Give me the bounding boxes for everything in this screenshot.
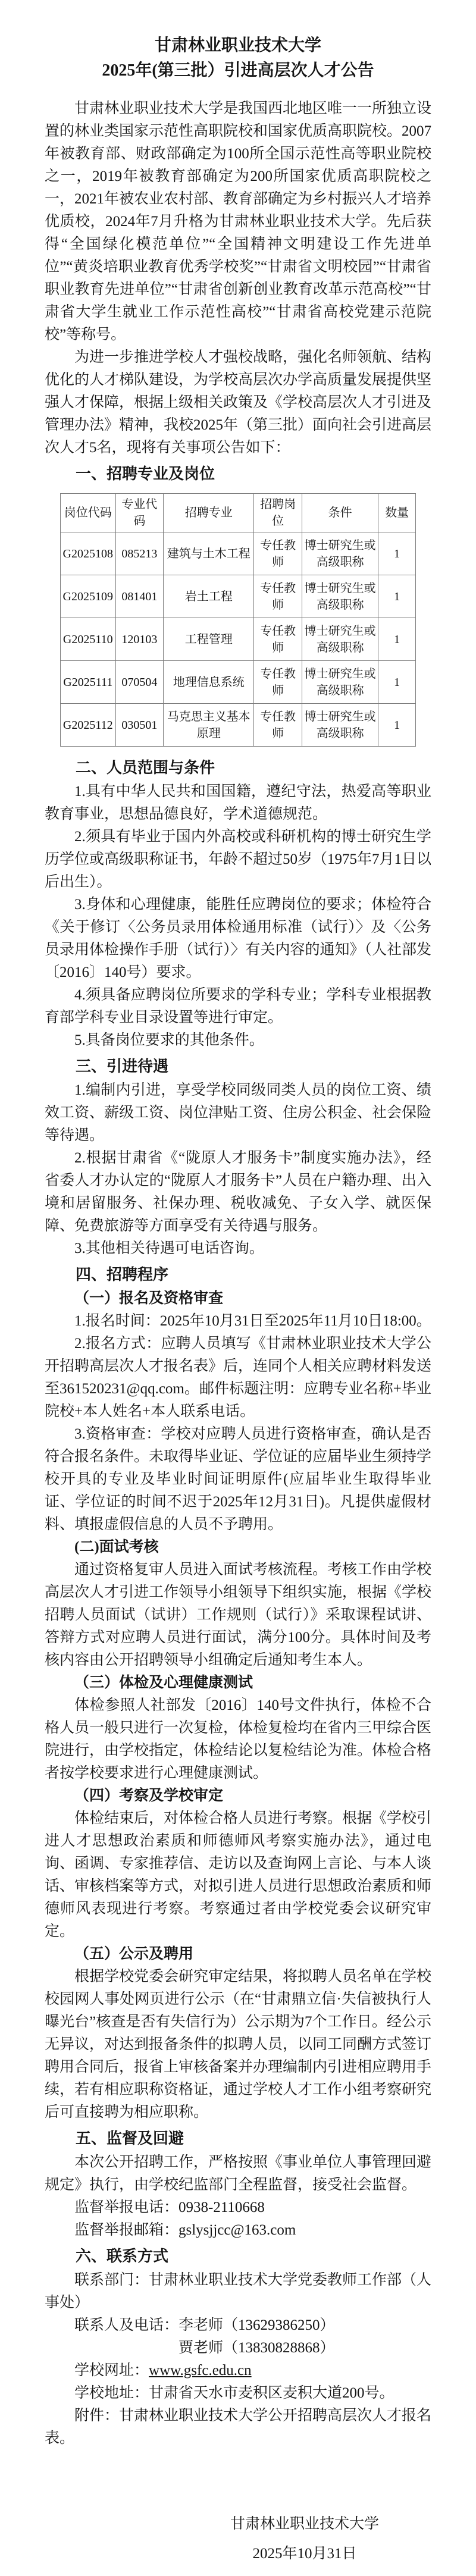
section1-heading: 一、招聘专业及岗位 bbox=[45, 462, 431, 485]
section4-sub1-item-3: 3.资格审查：学校对应聘人员进行资格审查，确认是否符合报名条件。未取得毕业证、学… bbox=[45, 1423, 431, 1536]
table-row: G2025111 070504 地理信息系统 专任教师 博士研究生或高级职称 1 bbox=[61, 661, 416, 704]
section4-sub2-paragraph: 通过资格复审人员进入面试考核流程。考核工作由学校高层次人才引进工作领导小组领导下… bbox=[45, 1559, 431, 1672]
section3-item-3: 3.其他相关待遇可电话咨询。 bbox=[45, 1237, 431, 1260]
section2-heading: 二、人员范围与条件 bbox=[45, 756, 431, 779]
school-website-link[interactable]: www.gsfc.edu.cn bbox=[149, 2362, 252, 2378]
table-cell: 博士研究生或高级职称 bbox=[302, 532, 378, 575]
signature-organization: 甘肃林业职业技术大学 bbox=[230, 2509, 379, 2539]
section2-item-1: 1.具有中华人民共和国国籍，遵纪守法，热爱高等职业教育事业，思想品德良好，学术道… bbox=[45, 781, 431, 826]
table-cell: 1 bbox=[378, 575, 416, 618]
table-cell: 1 bbox=[378, 704, 416, 747]
table-cell: 专任教师 bbox=[254, 704, 302, 747]
table-cell: G2025111 bbox=[61, 661, 116, 704]
section4-sub3-paragraph: 体检参照人社部发〔2016〕140号文件执行，体检不合格人员一般只进行一次复检，… bbox=[45, 1694, 431, 1785]
section4-sub1-title: （一）报名及资格审查 bbox=[45, 1287, 431, 1310]
table-cell: 081401 bbox=[115, 575, 164, 618]
table-row: G2025112 030501 马克思主义基本原理 专任教师 博士研究生或高级职… bbox=[61, 704, 416, 747]
header-recruit-position: 招聘岗位 bbox=[254, 494, 302, 532]
section2-item-3: 3.身体和心理健康，能胜任应聘岗位的要求；体检符合《关于修订〈公务员录用体检通用… bbox=[45, 894, 431, 984]
table-cell: 建筑与土木工程 bbox=[164, 532, 254, 575]
title-line-2: 2025年(第三批）引进高层次人才公告 bbox=[45, 58, 431, 83]
header-quantity: 数量 bbox=[378, 494, 416, 532]
section2-item-4: 4.须具备应聘岗位所要求的学科专业；学科专业根据教育部学科专业目录设置等进行审定… bbox=[45, 984, 431, 1029]
header-recruit-major: 招聘专业 bbox=[164, 494, 254, 532]
section4-heading: 四、招聘程序 bbox=[45, 1263, 431, 1286]
table-cell: 岩土工程 bbox=[164, 575, 254, 618]
section5-paragraph: 本次公开招聘工作，严格按照《事业单位人事管理回避规定》执行，由学校纪监部门全程监… bbox=[45, 2151, 431, 2196]
table-cell: 070504 bbox=[115, 661, 164, 704]
title-line-1: 甘肃林业职业技术大学 bbox=[45, 33, 431, 58]
section3-heading: 三、引进待遇 bbox=[45, 1055, 431, 1077]
section4-sub5-title: （五）公示及聘用 bbox=[45, 1943, 431, 1966]
address-line: 学校地址：甘肃省天水市麦积区麦积大道200号。 bbox=[45, 2382, 431, 2405]
attachment-line: 附件：甘肃林业职业技术大学公开招聘高层次人才报名表。 bbox=[45, 2405, 431, 2450]
section2-item-2: 2.须具有毕业于国内外高校或科研机构的博士研究生学历学位或高级职称证书，年龄不超… bbox=[45, 826, 431, 894]
section2-item-5: 5.具备岗位要求的其他条件。 bbox=[45, 1029, 431, 1052]
table-cell: 120103 bbox=[115, 618, 164, 661]
section4-sub4-paragraph: 体检结束后，对体检合格人员进行考察。根据《学校引进人才思想政治素质和师德师风考察… bbox=[45, 1807, 431, 1943]
table-cell: 工程管理 bbox=[164, 618, 254, 661]
section4-sub1-item-1: 1.报名时间：2025年10月31日至2025年11月10日18:00。 bbox=[45, 1310, 431, 1333]
table-cell: G2025110 bbox=[61, 618, 116, 661]
table-cell: 1 bbox=[378, 618, 416, 661]
table-cell: G2025112 bbox=[61, 704, 116, 747]
table-row: G2025110 120103 工程管理 专任教师 博士研究生或高级职称 1 bbox=[61, 618, 416, 661]
table-cell: 085213 bbox=[115, 532, 164, 575]
section4-sub3-title: （三）体检及心理健康测试 bbox=[45, 1672, 431, 1694]
table-cell: 专任教师 bbox=[254, 532, 302, 575]
intro-paragraph-1: 甘肃林业职业技术大学是我国西北地区唯一一所独立设置的林业类国家示范性高职院校和国… bbox=[45, 98, 431, 346]
header-position-code: 岗位代码 bbox=[61, 494, 116, 532]
section4-sub2-title: (二)面试考核 bbox=[45, 1536, 431, 1559]
section5-heading: 五、监督及回避 bbox=[45, 2127, 431, 2149]
section4-sub1-item-2: 2.报名方式：应聘人员填写《甘肃林业职业技术大学公开招聘高层次人才报名表》后，连… bbox=[45, 1333, 431, 1423]
signature-date: 2025年10月31日 bbox=[230, 2539, 379, 2569]
table-cell: 专任教师 bbox=[254, 661, 302, 704]
header-condition: 条件 bbox=[302, 494, 378, 532]
document-title: 甘肃林业职业技术大学 2025年(第三批）引进高层次人才公告 bbox=[45, 33, 431, 83]
table-cell: G2025108 bbox=[61, 532, 116, 575]
table-cell: 博士研究生或高级职称 bbox=[302, 618, 378, 661]
website-line: 学校网址：www.gsfc.edu.cn bbox=[45, 2359, 431, 2382]
table-cell: 专任教师 bbox=[254, 575, 302, 618]
table-cell: 马克思主义基本原理 bbox=[164, 704, 254, 747]
table-cell: 1 bbox=[378, 661, 416, 704]
contact-department-line: 联系部门：甘肃林业职业技术大学党委教师工作部（人事处） bbox=[45, 2269, 431, 2314]
table-cell: 030501 bbox=[115, 704, 164, 747]
section4-sub4-title: （四）考察及学校审定 bbox=[45, 1785, 431, 1807]
contact-person-line-2: 贾老师（13830828868） bbox=[45, 2337, 431, 2359]
signature-block: 甘肃林业职业技术大学 2025年10月31日 bbox=[45, 2509, 431, 2569]
table-cell: 1 bbox=[378, 532, 416, 575]
table-cell: 博士研究生或高级职称 bbox=[302, 575, 378, 618]
contact-person-line-1: 联系人及电话：李老师（13629386250） bbox=[45, 2314, 431, 2337]
section3-item-2: 2.根据甘肃省《“陇原人才服务卡”制度实施办法》，经省委人才办认定的“陇原人才服… bbox=[45, 1147, 431, 1237]
section4-sub5-paragraph: 根据学校党委会研究审定结果，将拟聘人员名单在学校校园网人事处网页进行公示（在“甘… bbox=[45, 1966, 431, 2124]
report-email-line: 监督举报邮箱：gslysjjcc@163.com bbox=[45, 2219, 431, 2242]
table-cell: 博士研究生或高级职称 bbox=[302, 704, 378, 747]
announcement-document: 甘肃林业职业技术大学 2025年(第三批）引进高层次人才公告 甘肃林业职业技术大… bbox=[0, 0, 476, 2576]
table-header-row: 岗位代码 专业代码 招聘专业 招聘岗位 条件 数量 bbox=[61, 494, 416, 532]
report-phone-line: 监督举报电话：0938-2110668 bbox=[45, 2196, 431, 2219]
table-row: G2025108 085213 建筑与土木工程 专任教师 博士研究生或高级职称 … bbox=[61, 532, 416, 575]
section3-item-1: 1.编制内引进，享受学校同级同类人员的岗位工资、绩效工资、薪级工资、岗位津贴工资… bbox=[45, 1079, 431, 1147]
table-cell: 博士研究生或高级职称 bbox=[302, 661, 378, 704]
table-row: G2025109 081401 岩土工程 专任教师 博士研究生或高级职称 1 bbox=[61, 575, 416, 618]
table-cell: G2025109 bbox=[61, 575, 116, 618]
header-major-code: 专业代码 bbox=[115, 494, 164, 532]
section6-heading: 六、联系方式 bbox=[45, 2245, 431, 2267]
recruitment-positions-table: 岗位代码 专业代码 招聘专业 招聘岗位 条件 数量 G2025108 08521… bbox=[60, 493, 416, 747]
intro-paragraph-2: 为进一步推进学校人才强校战略，强化名师领航、结构优化的人才梯队建设，为学校高层次… bbox=[45, 346, 431, 459]
table-cell: 地理信息系统 bbox=[164, 661, 254, 704]
table-cell: 专任教师 bbox=[254, 618, 302, 661]
website-label: 学校网址： bbox=[74, 2362, 149, 2378]
